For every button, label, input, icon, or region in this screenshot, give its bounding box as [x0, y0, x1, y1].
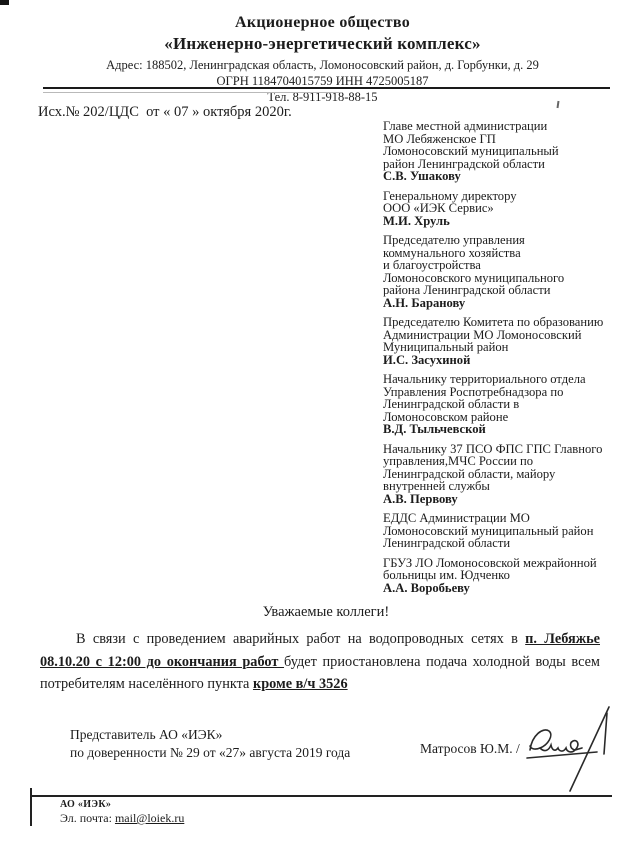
- scan-corner-artifact: [0, 0, 9, 5]
- handwritten-signature: [490, 698, 617, 798]
- recipient-block: Главе местной администрацииМО Лебяженско…: [383, 120, 615, 183]
- recipient-line: Председателю Комитета по образованию: [383, 316, 615, 329]
- recipient-line: района Ленинградской области: [383, 284, 615, 297]
- footer-left-edge-line: [30, 788, 32, 826]
- recipient-name: В.Д. Тыльчевской: [383, 423, 615, 436]
- signer-title-block: Представитель АО «ИЭК» по доверенности №…: [70, 726, 350, 761]
- recipient-block: Генеральному директоруООО «ИЭК Сервис»М.…: [383, 190, 615, 228]
- recipient-line: управления,МЧС России по: [383, 455, 615, 468]
- org-address: Адрес: 188502, Ленинградская область, Ло…: [40, 58, 605, 73]
- recipient-block: Начальнику территориального отделаУправл…: [383, 373, 615, 436]
- body-emphasis-2: кроме в/ч 3526: [253, 676, 348, 692]
- footer-org-name: АО «ИЭК»: [60, 799, 111, 810]
- recipient-line: Ломоносовский муниципальный: [383, 145, 615, 158]
- recipient-block: ГБУЗ ЛО Ломоносовской межрайоннойбольниц…: [383, 557, 615, 595]
- footer-email-address: mail@loiek.ru: [115, 811, 184, 825]
- footer-email-label: Эл. почта:: [60, 811, 115, 825]
- recipient-line: и благоустройства: [383, 259, 615, 272]
- recipient-line: Главе местной администрации: [383, 120, 615, 133]
- body-text-1: В связи с проведением аварийных работ на…: [76, 631, 525, 647]
- recipient-name: А.Н. Баранову: [383, 297, 615, 310]
- recipient-name: И.С. Засухиной: [383, 354, 615, 367]
- recipient-line: ЕДДС Администрации МО: [383, 512, 615, 525]
- org-type: Акционерное общество: [40, 14, 605, 32]
- letterhead-divider: [43, 87, 610, 89]
- recipient-line: Муниципальный район: [383, 341, 615, 354]
- recipient-block: Председателю управлениякоммунального хоз…: [383, 234, 615, 309]
- org-name: «Инженерно-энергетический комплекс»: [40, 34, 605, 54]
- footer-divider: [30, 795, 612, 797]
- footer-email-line: Эл. почта: mail@loiek.ru: [60, 811, 184, 826]
- recipient-block: ЕДДС Администрации МОЛомоносовский муниц…: [383, 512, 615, 550]
- recipient-line: Ленинградской области: [383, 537, 615, 550]
- salutation: Уважаемые коллеги!: [40, 604, 612, 621]
- recipients-column: Главе местной администрацииМО Лебяженско…: [383, 120, 615, 601]
- recipient-line: Председателю управления: [383, 234, 615, 247]
- body-paragraph: В связи с проведением аварийных работ на…: [40, 628, 600, 696]
- signer-title-line1: Представитель АО «ИЭК»: [70, 726, 350, 744]
- recipient-line: больницы им. Юдченко: [383, 569, 615, 582]
- recipient-line: Начальнику территориального отдела: [383, 373, 615, 386]
- recipient-block: Председателю Комитета по образованиюАдми…: [383, 316, 615, 366]
- letterhead-divider-shadow: [43, 92, 343, 93]
- recipient-name: М.И. Хруль: [383, 215, 615, 228]
- recipient-name: А.В. Первову: [383, 493, 615, 506]
- recipient-line: ООО «ИЭК Сервис»: [383, 202, 615, 215]
- recipient-line: внутренней службы: [383, 480, 615, 493]
- outgoing-ref-line: Исх.№ 202/ЦДС от « 07 » октября 2020г.: [38, 104, 292, 121]
- signer-title-line2: по доверенности № 29 от «27» августа 201…: [70, 744, 350, 762]
- recipient-name: А.А. Воробьеву: [383, 582, 615, 595]
- recipient-name: С.В. Ушакову: [383, 170, 615, 183]
- recipient-line: Ленинградской области в: [383, 398, 615, 411]
- recipient-block: Начальнику 37 ПСО ФПС ГПС Главногоуправл…: [383, 443, 615, 506]
